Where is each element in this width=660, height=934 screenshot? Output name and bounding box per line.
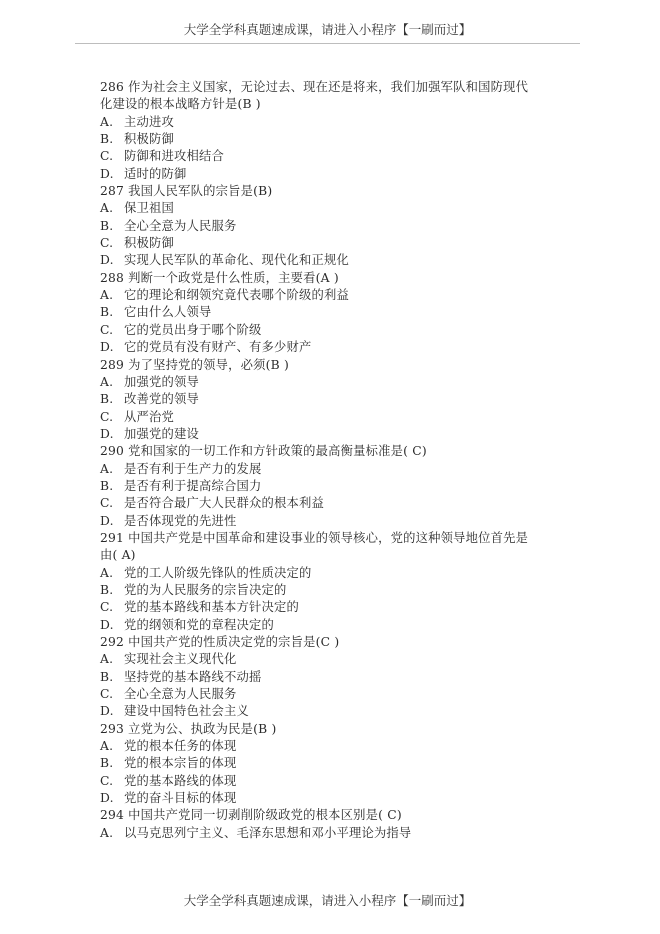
option-letter: B.	[100, 304, 124, 321]
option-text: 以马克思列宁主义、毛泽东思想和邓小平理论为指导	[124, 825, 411, 842]
question-block: 293 立党为公、执政为民是(B )A.党的根本任务的体现B.党的根本宗旨的体现…	[100, 721, 570, 808]
option-letter: C.	[100, 322, 124, 339]
answer-option: C.党的基本路线的体现	[100, 773, 570, 790]
option-letter: B.	[100, 669, 124, 686]
option-letter: A.	[100, 461, 124, 478]
answer-option: D.党的奋斗目标的体现	[100, 790, 570, 807]
question-stem: 化建设的根本战略方针是(B )	[100, 96, 570, 113]
question-block: 294 中国共产党同一切剥削阶级政党的根本区别是( C)A.以马克思列宁主义、毛…	[100, 807, 570, 842]
answer-option: A.加强党的领导	[100, 374, 570, 391]
answer-option: C.从严治党	[100, 409, 570, 426]
answer-option: C.积极防御	[100, 235, 570, 252]
option-text: 坚持党的基本路线不动摇	[124, 669, 261, 686]
option-text: 它由什么人领导	[124, 304, 211, 321]
option-text: 适时的防御	[124, 166, 187, 183]
answer-option: B.改善党的领导	[100, 391, 570, 408]
option-letter: D.	[100, 252, 124, 269]
option-text: 是否有利于提高综合国力	[124, 478, 261, 495]
option-letter: A.	[100, 825, 124, 842]
option-letter: D.	[100, 166, 124, 183]
answer-option: B.积极防御	[100, 131, 570, 148]
answer-option: B.坚持党的基本路线不动摇	[100, 669, 570, 686]
answer-option: D.党的纲领和党的章程决定的	[100, 617, 570, 634]
question-block: 287 我国人民军队的宗旨是(B)A.保卫祖国B.全心全意为人民服务C.积极防御…	[100, 183, 570, 270]
question-stem: 292 中国共产党的性质决定党的宗旨是(C )	[100, 634, 570, 651]
answer-option: D.加强党的建设	[100, 426, 570, 443]
question-stem: 288 判断一个政党是什么性质，主要看(A )	[100, 270, 570, 287]
answer-option: A.以马克思列宁主义、毛泽东思想和邓小平理论为指导	[100, 825, 570, 842]
option-letter: C.	[100, 235, 124, 252]
question-stem: 287 我国人民军队的宗旨是(B)	[100, 183, 570, 200]
question-block: 289 为了坚持党的领导，必须(B )A.加强党的领导B.改善党的领导C.从严治…	[100, 357, 570, 444]
option-letter: B.	[100, 478, 124, 495]
option-text: 党的奋斗目标的体现	[124, 790, 236, 807]
option-letter: C.	[100, 773, 124, 790]
option-letter: A.	[100, 200, 124, 217]
option-text: 从严治党	[124, 409, 174, 426]
question-list: 286 作为社会主义国家，无论过去、现在还是将来，我们加强军队和国防现代化建设的…	[100, 79, 570, 842]
header-divider	[75, 43, 580, 44]
question-stem: 286 作为社会主义国家，无论过去、现在还是将来，我们加强军队和国防现代	[100, 79, 570, 96]
option-letter: B.	[100, 582, 124, 599]
option-text: 党的工人阶级先锋队的性质决定的	[124, 565, 311, 582]
option-letter: C.	[100, 495, 124, 512]
question-stem: 289 为了坚持党的领导，必须(B )	[100, 357, 570, 374]
option-text: 党的纲领和党的章程决定的	[124, 617, 274, 634]
option-text: 是否有利于生产力的发展	[124, 461, 261, 478]
answer-option: D.它的党员有没有财产、有多少财产	[100, 339, 570, 356]
option-letter: A.	[100, 738, 124, 755]
option-letter: C.	[100, 409, 124, 426]
option-text: 加强党的领导	[124, 374, 199, 391]
answer-option: A.是否有利于生产力的发展	[100, 461, 570, 478]
question-stem: 293 立党为公、执政为民是(B )	[100, 721, 570, 738]
option-text: 改善党的领导	[124, 391, 199, 408]
answer-option: C.党的基本路线和基本方针决定的	[100, 599, 570, 616]
option-text: 党的根本宗旨的体现	[124, 755, 236, 772]
page-header: 大学全学科真题速成课，请进入小程序【一刷而过】	[75, 22, 580, 38]
option-text: 实现社会主义现代化	[124, 651, 236, 668]
option-text: 全心全意为人民服务	[124, 686, 236, 703]
question-block: 288 判断一个政党是什么性质，主要看(A )A.它的理论和纲领究竟代表哪个阶级…	[100, 270, 570, 357]
option-text: 积极防御	[124, 131, 174, 148]
option-text: 主动进攻	[124, 114, 174, 131]
answer-option: A.党的根本任务的体现	[100, 738, 570, 755]
page-footer: 大学全学科真题速成课，请进入小程序【一刷而过】	[75, 893, 580, 909]
question-stem: 294 中国共产党同一切剥削阶级政党的根本区别是( C)	[100, 807, 570, 824]
option-letter: C.	[100, 686, 124, 703]
option-text: 加强党的建设	[124, 426, 199, 443]
option-letter: D.	[100, 426, 124, 443]
question-block: 291 中国共产党是中国革命和建设事业的领导核心，党的这种领导地位首先是由( A…	[100, 530, 570, 634]
option-text: 党的根本任务的体现	[124, 738, 236, 755]
option-letter: B.	[100, 131, 124, 148]
option-letter: A.	[100, 374, 124, 391]
option-text: 是否符合最广大人民群众的根本利益	[124, 495, 324, 512]
answer-option: C.防御和进攻相结合	[100, 148, 570, 165]
option-letter: C.	[100, 599, 124, 616]
option-letter: C.	[100, 148, 124, 165]
option-text: 保卫祖国	[124, 200, 174, 217]
option-text: 建设中国特色社会主义	[124, 703, 249, 720]
option-letter: A.	[100, 114, 124, 131]
answer-option: B.全心全意为人民服务	[100, 218, 570, 235]
question-stem: 290 党和国家的一切工作和方针政策的最高衡量标准是( C)	[100, 443, 570, 460]
option-letter: D.	[100, 790, 124, 807]
question-stem: 291 中国共产党是中国革命和建设事业的领导核心，党的这种领导地位首先是	[100, 530, 570, 547]
answer-option: A.保卫祖国	[100, 200, 570, 217]
option-letter: D.	[100, 617, 124, 634]
option-letter: A.	[100, 651, 124, 668]
option-letter: A.	[100, 565, 124, 582]
answer-option: C.是否符合最广大人民群众的根本利益	[100, 495, 570, 512]
question-block: 292 中国共产党的性质决定党的宗旨是(C )A.实现社会主义现代化B.坚持党的…	[100, 634, 570, 721]
answer-option: D.实现人民军队的革命化、现代化和正规化	[100, 252, 570, 269]
answer-option: D.建设中国特色社会主义	[100, 703, 570, 720]
option-letter: B.	[100, 218, 124, 235]
option-letter: B.	[100, 755, 124, 772]
option-letter: D.	[100, 339, 124, 356]
question-block: 290 党和国家的一切工作和方针政策的最高衡量标准是( C)A.是否有利于生产力…	[100, 443, 570, 530]
answer-option: C.全心全意为人民服务	[100, 686, 570, 703]
option-text: 实现人民军队的革命化、现代化和正规化	[124, 252, 349, 269]
answer-option: D.适时的防御	[100, 166, 570, 183]
answer-option: A.它的理论和纲领究竟代表哪个阶级的利益	[100, 287, 570, 304]
answer-option: B.它由什么人领导	[100, 304, 570, 321]
answer-option: B.是否有利于提高综合国力	[100, 478, 570, 495]
option-text: 防御和进攻相结合	[124, 148, 224, 165]
option-text: 党的基本路线和基本方针决定的	[124, 599, 299, 616]
option-text: 党的基本路线的体现	[124, 773, 236, 790]
option-text: 积极防御	[124, 235, 174, 252]
answer-option: A.主动进攻	[100, 114, 570, 131]
question-block: 286 作为社会主义国家，无论过去、现在还是将来，我们加强军队和国防现代化建设的…	[100, 79, 570, 183]
option-letter: A.	[100, 287, 124, 304]
option-text: 它的党员出身于哪个阶级	[124, 322, 261, 339]
answer-option: B.党的根本宗旨的体现	[100, 755, 570, 772]
option-text: 它的理论和纲领究竟代表哪个阶级的利益	[124, 287, 349, 304]
answer-option: A.实现社会主义现代化	[100, 651, 570, 668]
option-letter: B.	[100, 391, 124, 408]
option-text: 党的为人民服务的宗旨决定的	[124, 582, 286, 599]
answer-option: B.党的为人民服务的宗旨决定的	[100, 582, 570, 599]
answer-option: D.是否体现党的先进性	[100, 513, 570, 530]
option-text: 是否体现党的先进性	[124, 513, 236, 530]
option-letter: D.	[100, 703, 124, 720]
answer-option: C.它的党员出身于哪个阶级	[100, 322, 570, 339]
question-stem: 由( A)	[100, 547, 570, 564]
option-text: 它的党员有没有财产、有多少财产	[124, 339, 311, 356]
option-text: 全心全意为人民服务	[124, 218, 236, 235]
answer-option: A.党的工人阶级先锋队的性质决定的	[100, 565, 570, 582]
option-letter: D.	[100, 513, 124, 530]
